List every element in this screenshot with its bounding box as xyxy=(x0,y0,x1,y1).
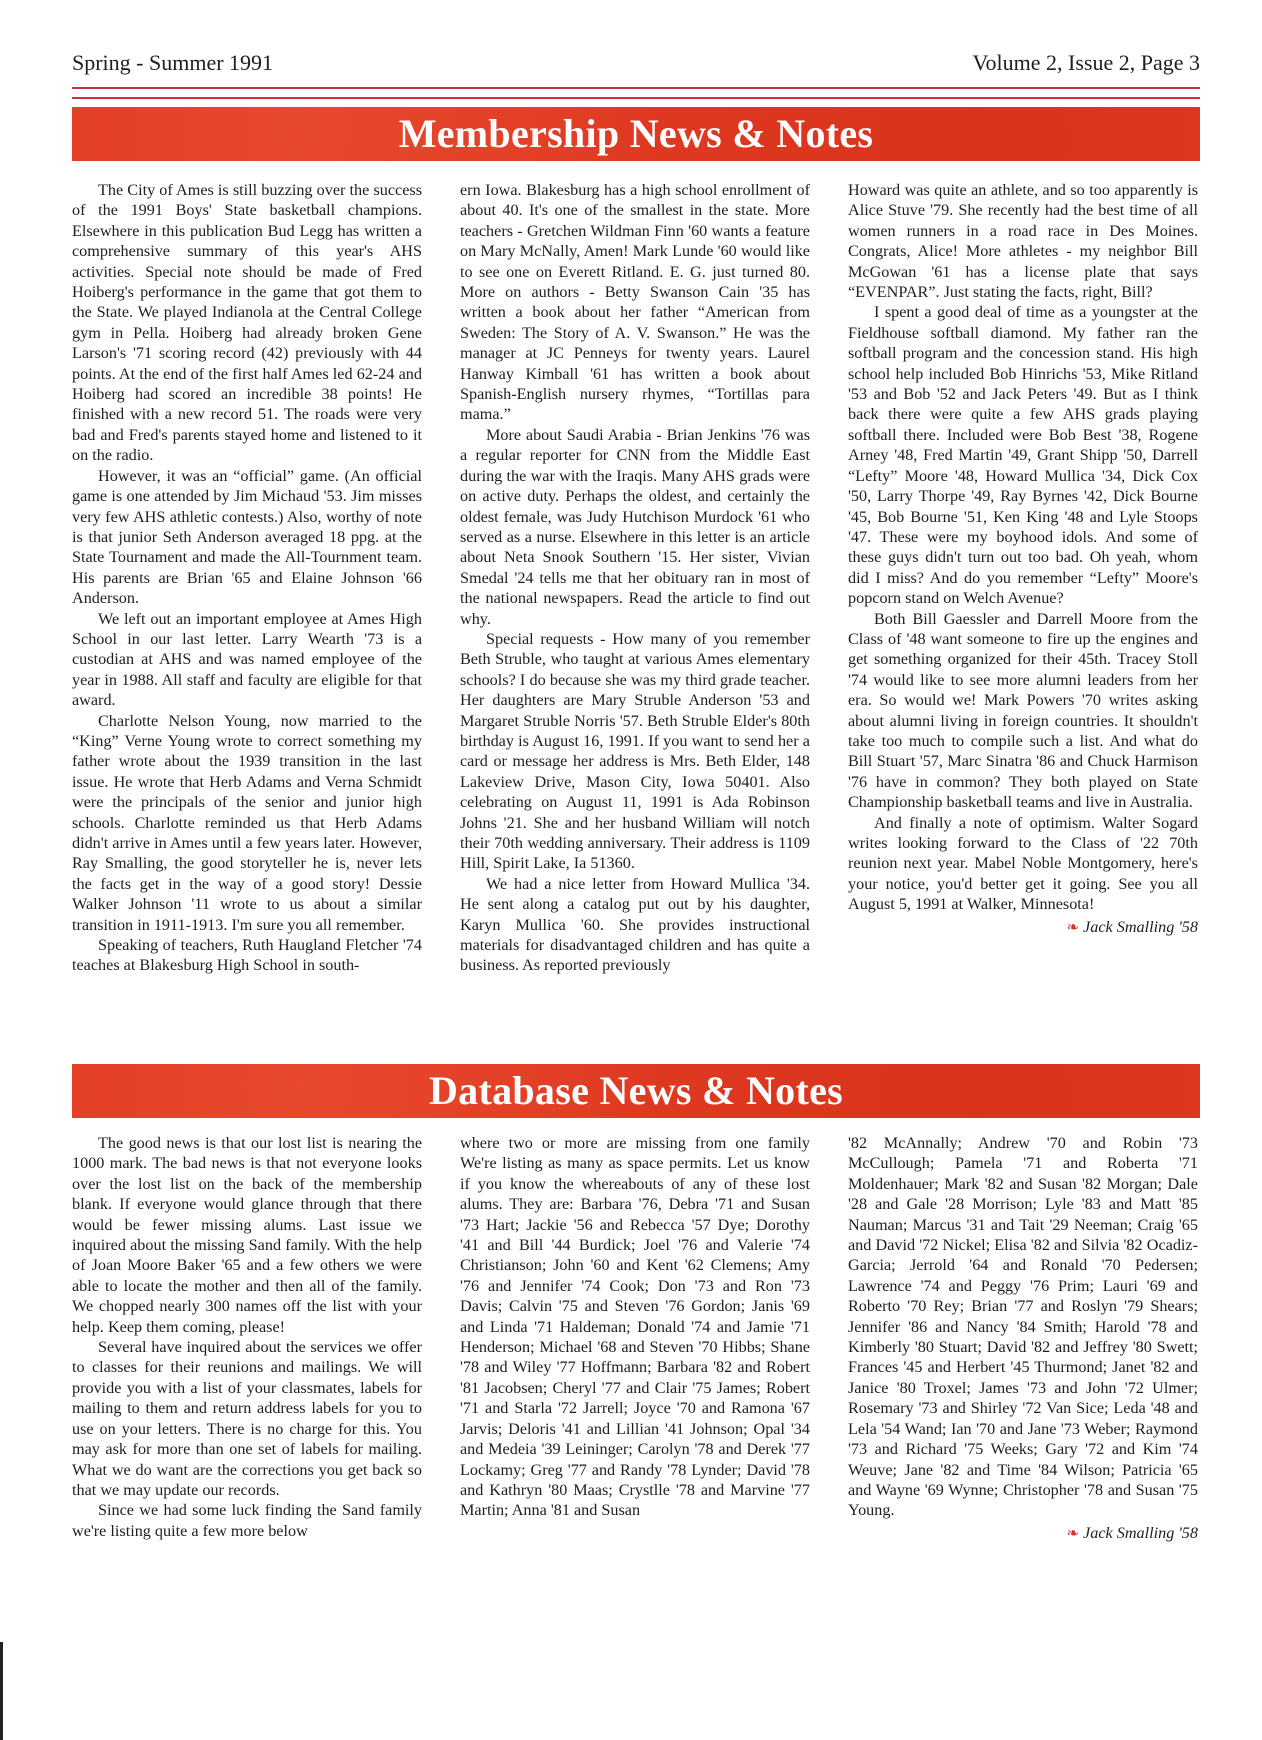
paragraph: However, it was an “official” game. (An … xyxy=(72,466,422,609)
header-double-rule xyxy=(72,87,1200,99)
database-columns: The good news is that our lost list is n… xyxy=(72,1133,1200,1544)
paragraph: The good news is that our lost list is n… xyxy=(72,1133,422,1337)
paragraph: We had a nice letter from Howard Mullica… xyxy=(460,874,810,976)
membership-column-1: The City of Ames is still buzzing over t… xyxy=(72,180,422,976)
paragraph: I spent a good deal of time as a youngst… xyxy=(848,302,1198,608)
database-column-3: '82 McAnnally; Andrew '70 and Robin '73 … xyxy=(848,1133,1198,1544)
database-column-2: where two or more are missing from one f… xyxy=(460,1133,810,1544)
signature-mark-icon: ❧ xyxy=(1066,1526,1079,1542)
paragraph: Charlotte Nelson Young, now married to t… xyxy=(72,711,422,935)
database-banner: Database News & Notes xyxy=(72,1064,1200,1118)
paragraph: Speaking of teachers, Ruth Haugland Flet… xyxy=(72,935,422,976)
paragraph: ern Iowa. Blakesburg has a high school e… xyxy=(460,180,810,425)
author-signature: ❧Jack Smalling '58 xyxy=(848,917,1198,938)
paragraph: '82 McAnnally; Andrew '70 and Robin '73 … xyxy=(848,1133,1198,1521)
database-column-1: The good news is that our lost list is n… xyxy=(72,1133,422,1544)
paragraph: The City of Ames is still buzzing over t… xyxy=(72,180,422,466)
paragraph: Since we had some luck finding the Sand … xyxy=(72,1500,422,1541)
paragraph: And finally a note of optimism. Walter S… xyxy=(848,813,1198,915)
paragraph: where two or more are missing from one f… xyxy=(460,1133,810,1521)
page-header: Spring - Summer 1991 Volume 2, Issue 2, … xyxy=(72,50,1200,80)
membership-banner: Membership News & Notes xyxy=(72,107,1200,161)
author-signature: ❧Jack Smalling '58 xyxy=(848,1523,1198,1544)
signature-text: Jack Smalling '58 xyxy=(1083,1524,1198,1542)
scan-edge-line xyxy=(0,1642,3,1740)
membership-column-2: ern Iowa. Blakesburg has a high school e… xyxy=(460,180,810,976)
paragraph: We left out an important employee at Ame… xyxy=(72,609,422,711)
paragraph: Special requests - How many of you remem… xyxy=(460,629,810,874)
volume-info: Volume 2, Issue 2, Page 3 xyxy=(972,50,1200,76)
paragraph: Howard was quite an athlete, and so too … xyxy=(848,180,1198,302)
paragraph: Several have inquired about the services… xyxy=(72,1337,422,1500)
membership-columns: The City of Ames is still buzzing over t… xyxy=(72,180,1200,976)
paragraph: More about Saudi Arabia - Brian Jenkins … xyxy=(460,425,810,629)
paragraph: Both Bill Gaessler and Darrell Moore fro… xyxy=(848,609,1198,813)
membership-column-3: Howard was quite an athlete, and so too … xyxy=(848,180,1198,976)
signature-mark-icon: ❧ xyxy=(1066,920,1079,936)
signature-text: Jack Smalling '58 xyxy=(1083,918,1198,936)
issue-date: Spring - Summer 1991 xyxy=(72,50,273,76)
